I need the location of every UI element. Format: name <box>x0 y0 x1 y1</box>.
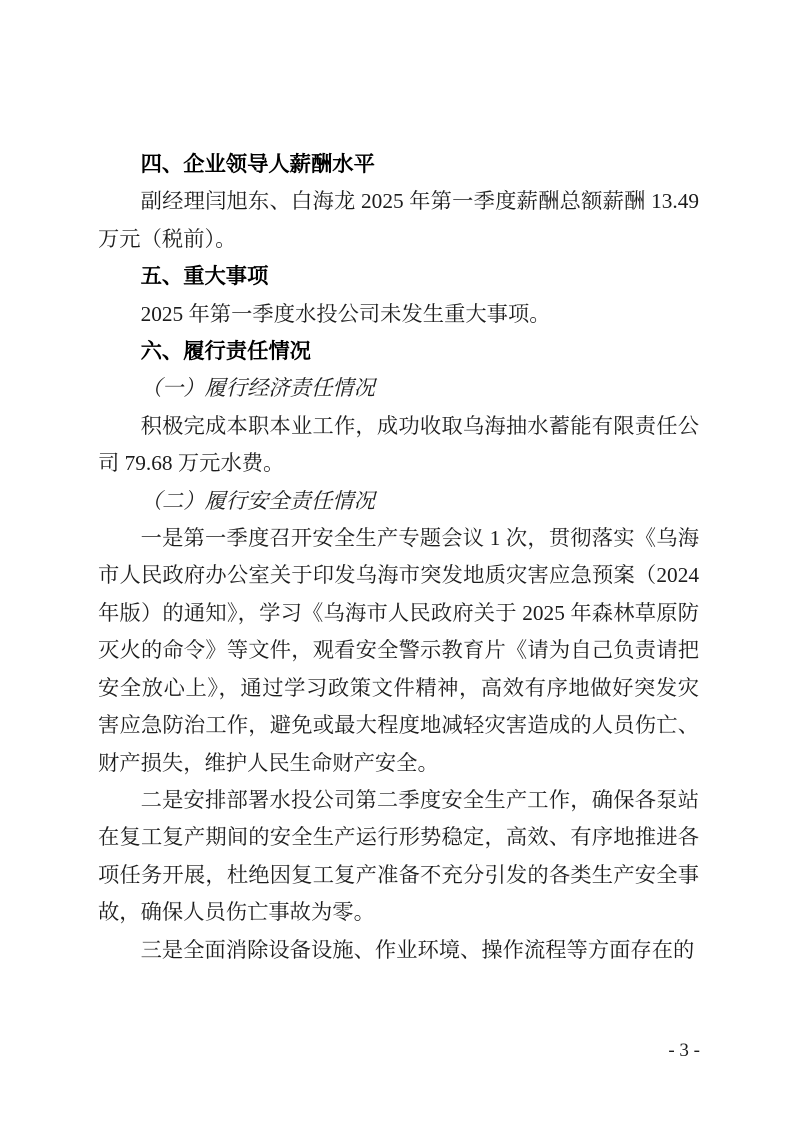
paragraph-economic-responsibility: 积极完成本职本业工作，成功收取乌海抽水蓄能有限责任公司 79.68 万元水费。 <box>98 408 699 483</box>
section-heading-6-responsibility: 六、履行责任情况 <box>98 333 699 370</box>
document-page: 四、企业领导人薪酬水平 副经理闫旭东、白海龙 2025 年第一季度薪酬总额薪酬 … <box>0 0 793 1122</box>
paragraph-safety-third: 三是全面消除设备设施、作业环境、操作流程等方面存在的 <box>98 932 699 969</box>
section-heading-4-compensation: 四、企业领导人薪酬水平 <box>98 146 699 183</box>
paragraph-safety-first: 一是第一季度召开安全生产专题会议 1 次，贯彻落实《乌海市人民政府办公室关于印发… <box>98 520 699 782</box>
section-heading-5-major-events: 五、重大事项 <box>98 258 699 295</box>
paragraph-safety-second: 二是安排部署水投公司第二季度安全生产工作，确保各泵站在复工复产期间的安全生产运行… <box>98 782 699 932</box>
document-content: 四、企业领导人薪酬水平 副经理闫旭东、白海龙 2025 年第一季度薪酬总额薪酬 … <box>98 146 699 969</box>
paragraph-compensation: 副经理闫旭东、白海龙 2025 年第一季度薪酬总额薪酬 13.49 万元（税前）… <box>98 183 699 258</box>
subheading-safety-responsibility: （二）履行安全责任情况 <box>98 483 699 520</box>
page-number: - 3 - <box>668 1041 700 1061</box>
paragraph-major-events: 2025 年第一季度水投公司未发生重大事项。 <box>98 296 699 333</box>
subheading-economic-responsibility: （一）履行经济责任情况 <box>98 370 699 407</box>
